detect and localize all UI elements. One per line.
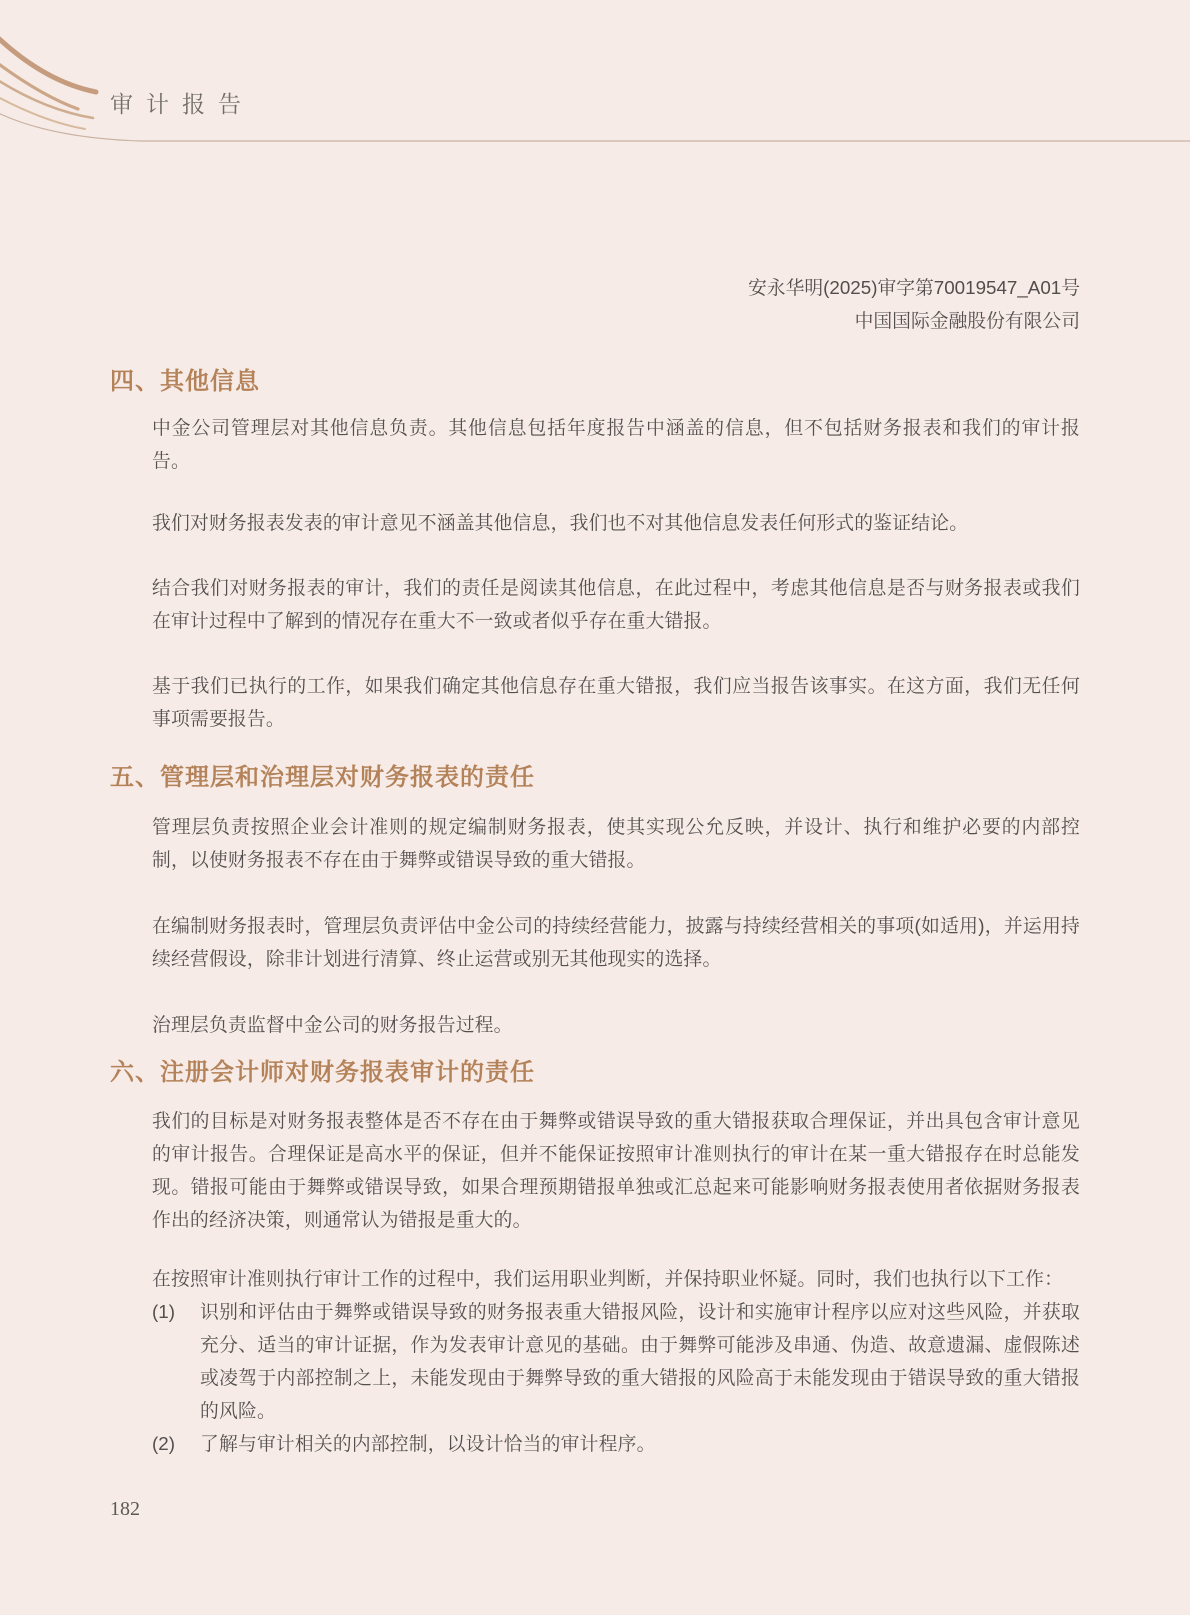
- paragraph: 基于我们已执行的工作，如果我们确定其他信息存在重大错报，我们应当报告该事实。在这…: [152, 669, 1080, 735]
- company-name: 中国国际金融股份有限公司: [152, 304, 1080, 337]
- document-body: 安永华明(2025)审字第70019547_A01号 中国国际金融股份有限公司 …: [0, 0, 1190, 1615]
- numbered-list-item: (2) 了解与审计相关的内部控制，以设计恰当的审计程序。: [152, 1427, 1080, 1460]
- paragraph: 在按照审计准则执行审计工作的过程中，我们运用职业判断，并保持职业怀疑。同时，我们…: [152, 1262, 1080, 1295]
- list-item-text: 识别和评估由于舞弊或错误导致的财务报表重大错报风险，设计和实施审计程序以应对这些…: [200, 1295, 1080, 1427]
- paragraph: 在编制财务报表时，管理层负责评估中金公司的持续经营能力，披露与持续经营相关的事项…: [152, 909, 1080, 975]
- paragraph: 管理层负责按照企业会计准则的规定编制财务报表，使其实现公允反映，并设计、执行和维…: [152, 810, 1080, 876]
- paragraph: 我们的目标是对财务报表整体是否不存在由于舞弊或错误导致的重大错报获取合理保证，并…: [152, 1104, 1080, 1236]
- audit-report-page: 审计报告 安永华明(2025)审字第70019547_A01号 中国国际金融股份…: [0, 0, 1190, 1615]
- report-reference: 安永华明(2025)审字第70019547_A01号 中国国际金融股份有限公司: [152, 271, 1080, 337]
- paragraph: 我们对财务报表发表的审计意见不涵盖其他信息，我们也不对其他信息发表任何形式的鉴证…: [152, 506, 1080, 539]
- list-item-number: (1): [152, 1295, 200, 1427]
- section-heading-auditor-responsibility: 六、注册会计师对财务报表审计的责任: [110, 1056, 1080, 1090]
- section-heading-other-information: 四、其他信息: [110, 365, 1080, 399]
- page-number: 182: [110, 1497, 1190, 1521]
- report-number: 安永华明(2025)审字第70019547_A01号: [152, 271, 1080, 304]
- paragraph: 中金公司管理层对其他信息负责。其他信息包括年度报告中涵盖的信息，但不包括财务报表…: [152, 411, 1080, 477]
- section-heading-management-responsibility: 五、管理层和治理层对财务报表的责任: [110, 761, 1080, 795]
- numbered-list-item: (1) 识别和评估由于舞弊或错误导致的财务报表重大错报风险，设计和实施审计程序以…: [152, 1295, 1080, 1427]
- paragraph: 治理层负责监督中金公司的财务报告过程。: [152, 1008, 1080, 1041]
- list-item-text: 了解与审计相关的内部控制，以设计恰当的审计程序。: [200, 1427, 1080, 1460]
- list-item-number: (2): [152, 1427, 200, 1460]
- paragraph: 结合我们对财务报表的审计，我们的责任是阅读其他信息，在此过程中，考虑其他信息是否…: [152, 571, 1080, 637]
